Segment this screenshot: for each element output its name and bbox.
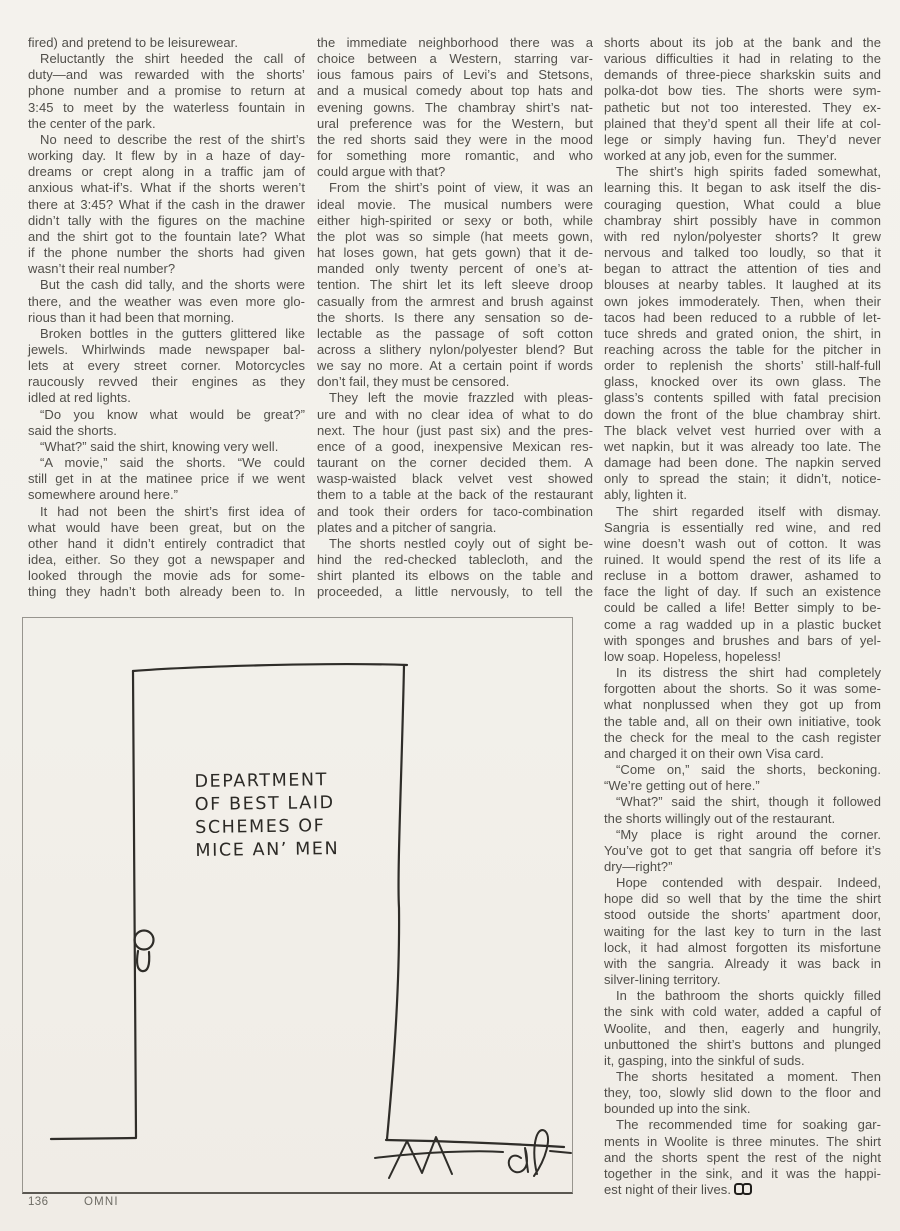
text-line: It had not been the shirt’s first idea o… (28, 504, 305, 520)
paragraph: The shorts nestled coyly out of sight be… (317, 536, 593, 601)
text-line: ably, lighten it. (604, 487, 881, 503)
text-line: together in the sink, and it was the hap… (604, 1166, 881, 1182)
magazine-name: OMNI (84, 1196, 119, 1208)
text-line: plained that they’d spent all their life… (604, 116, 881, 132)
text-line: low soap. Hopeless, hopeless! (604, 649, 881, 665)
text-line: blouses at nearby tables. It laughed at … (604, 277, 881, 293)
text-line: the red shorts said they were in the moo… (317, 132, 593, 148)
text-line: what would have been great, but on the (28, 520, 305, 536)
text-line: it, gasping, into the sinkful of suds. (604, 1053, 881, 1069)
text-line: come a rag wadded up in a plastic bucket (604, 617, 881, 633)
doorknob-plate (137, 951, 149, 971)
text-line: You’ve got to get that sangria off befor… (604, 843, 881, 859)
text-line: learning this. It began to ask itself th… (604, 180, 881, 196)
end-of-article-mark (734, 1183, 752, 1199)
text-line: lock, it had almost forgotten its misfor… (604, 940, 881, 956)
text-line: the sink with cold water, added a capful… (604, 1004, 881, 1020)
text-line: taurant on the corner decided them. A (317, 455, 593, 471)
text-line: and the shorts spent the rest of the nig… (604, 1150, 881, 1166)
text-line: other hand it didn’t entirely contradict… (28, 536, 305, 552)
door-left-edge (133, 671, 136, 1137)
text-line: hind the red-checked tablecloth, and the (317, 552, 593, 568)
paragraph: From the shirt’s point of view, it was a… (317, 180, 593, 390)
text-line: next. The hour (just past six) and the p… (317, 423, 593, 439)
text-line: duty—and was rewarded with the shorts’ (28, 67, 305, 83)
text-line: tacos had been reduced to a rubble of le… (604, 310, 881, 326)
page-number: 136 (28, 1196, 48, 1208)
text-line: est night of their lives. (604, 1182, 881, 1199)
text-line: “We’re getting out of here.” (604, 778, 881, 794)
text-line: “A movie,” said the shorts. “We could (28, 455, 305, 471)
text-line: In its distress the shirt had completely (604, 665, 881, 681)
text-line: bounded up into the sink. (604, 1101, 881, 1117)
text-line: with sponges and brushes and bars of yel… (604, 633, 881, 649)
text-line: ure and with no clear idea of what to do (317, 407, 593, 423)
floor-line-left (51, 1138, 136, 1139)
text-line: “Do you know what would be great?” (28, 407, 305, 423)
text-line: hope did so well that by the time the sh… (604, 891, 881, 907)
text-line: nervous and talked too loudly, so that i… (604, 245, 881, 261)
text-line: casually from the armrest and brush agai… (317, 294, 593, 310)
text-line: jewels. Whirlwinds made newspaper bal- (28, 342, 305, 358)
door-cartoon-drawing (23, 618, 574, 1195)
text-line: wasp-waisted black velvet vest showed (317, 471, 593, 487)
paragraph: It had not been the shirt’s first idea o… (28, 504, 305, 601)
paragraph: The shirt regarded itself with dismay.Sa… (604, 504, 881, 666)
text-line: the shorts. Is there any sensation so de… (317, 310, 593, 326)
text-line: They left the movie frazzled with pleas- (317, 390, 593, 406)
text-line: don’t fail, they must be censored. (317, 374, 593, 390)
text-line: the center of the park. (28, 116, 305, 132)
paragraph: “What?” said the shirt, though it follow… (604, 794, 881, 826)
text-line: across a slithery nylon/polyester blend?… (317, 342, 593, 358)
paragraph: the immediate neighborhood there was ach… (317, 35, 593, 180)
text-line: if the phone number the shorts had given (28, 245, 305, 261)
text-line: there at 3:45? What if the cash in the d… (28, 197, 305, 213)
text-line: waiting for the last key to turn in the … (604, 924, 881, 940)
paragraph: “My place is right around the corner.You… (604, 827, 881, 875)
text-line: But the cash did tally, and the shorts w… (28, 277, 305, 293)
text-line: dreams or crept along in a traffic jam o… (28, 164, 305, 180)
text-line: The recommended time for soaking gar- (604, 1117, 881, 1133)
text-line: evening gowns. The chambray shirt’s nat- (317, 100, 593, 116)
text-line: idea, either. So they got a newspaper an… (28, 552, 305, 568)
floor-line-right (386, 1140, 564, 1147)
paragraph: In its distress the shirt had completely… (604, 665, 881, 762)
text-line: either high-spirited or sexy or both, wh… (317, 213, 593, 229)
text-line: the plot was so simple (hat meets gown, (317, 229, 593, 245)
text-line: phone number and a promise to return at (28, 83, 305, 99)
text-line: order to replenish the shorts’ still-hal… (604, 358, 881, 374)
text-line: worked at any job, even for the summer. (604, 148, 881, 164)
text-line: could be called a life! Better simply to… (604, 600, 881, 616)
text-line: thing they hadn’t both already been to. … (28, 584, 305, 600)
text-line: reaching across the table for the pitche… (604, 342, 881, 358)
paragraph: “Do you know what would be great?”said t… (28, 407, 305, 439)
text-line: ideal movie. The musical numbers were (317, 197, 593, 213)
text-line: only to spread the stain; it didn’t, not… (604, 471, 881, 487)
text-line: still get in at the matinee price if we … (28, 471, 305, 487)
text-line: for something more romantic, and who (317, 148, 593, 164)
text-line: Woolite, and then, eagerly and hungrily, (604, 1021, 881, 1037)
paragraph: Reluctantly the shirt heeded the call of… (28, 51, 305, 132)
text-line: looked through the movie ads for some- (28, 568, 305, 584)
text-line: shirt planted its elbows on the table an… (317, 568, 593, 584)
text-line: and a musical comedy about top hats and (317, 83, 593, 99)
text-line: own jokes immoderately. Then, when their (604, 294, 881, 310)
text-line: the check for the meal to the cash regis… (604, 730, 881, 746)
text-line: anxious what-if’s. What if the shorts we… (28, 180, 305, 196)
text-line: No need to describe the rest of the shir… (28, 132, 305, 148)
text-line: working day. It flew by in a haze of day… (28, 148, 305, 164)
text-line: glass’s contents spilled with fatal prec… (604, 390, 881, 406)
text-line: there, and the weather was even more glo… (28, 294, 305, 310)
text-line: glass, knocked over its own glass. The (604, 374, 881, 390)
text-line: tuce shreds and grated onion, the shirt,… (604, 326, 881, 342)
text-line: Reluctantly the shirt heeded the call of (28, 51, 305, 67)
text-line: lege or simply having fun. They’d never (604, 132, 881, 148)
text-line: they, too, slowly slid down to the floor… (604, 1085, 881, 1101)
doorknob-icon (135, 931, 154, 950)
text-line: shorts about its job at the bank and the (604, 35, 881, 51)
text-line: and took their orders for taco-combinati… (317, 504, 593, 520)
text-line: what nonplussed when they got up from (604, 697, 881, 713)
text-line: didn’t tally with the figures on the mac… (28, 213, 305, 229)
text-line: “Come on,” said the shorts, beckoning. (604, 762, 881, 778)
paragraph: “A movie,” said the shorts. “We couldsti… (28, 455, 305, 503)
text-line: “What?” said the shirt, though it follow… (604, 794, 881, 810)
text-line: The shorts nestled coyly out of sight be… (317, 536, 593, 552)
text-line: down the front of the blue chambray shir… (604, 407, 881, 423)
text-line: The shirt’s high spirits faded somewhat, (604, 164, 881, 180)
article-column-1: fired) and pretend to be leisurewear.Rel… (28, 35, 305, 600)
paragraph: shorts about its job at the bank and the… (604, 35, 881, 164)
text-line: ence of a good, inexpensive Mexican res- (317, 439, 593, 455)
paragraph: Hope contended with despair. Indeed,hope… (604, 875, 881, 988)
paragraph: “What?” said the shirt, knowing very wel… (28, 439, 305, 455)
door-right-edge (387, 665, 404, 1139)
text-line: dry—right?” (604, 859, 881, 875)
text-line: them to a table at the back of the resta… (317, 487, 593, 503)
text-line: “What?” said the shirt, knowing very wel… (28, 439, 305, 455)
text-line: began to attract the attention of ties a… (604, 261, 881, 277)
text-line: lets at every street corner. Motorcycles (28, 358, 305, 374)
door-sign-line: DEPARTMENT (194, 769, 338, 794)
door-sign-line: OF BEST LAID (195, 792, 339, 817)
door-top-edge (133, 664, 407, 671)
text-line: various difficulties it had in relating … (604, 51, 881, 67)
text-line: lectable as the passage of soft cotton (317, 326, 593, 342)
text-line: forgotten about the shorts. So it was so… (604, 681, 881, 697)
paragraph: No need to describe the rest of the shir… (28, 132, 305, 277)
text-line: damage had been done. The napkin served (604, 455, 881, 471)
text-line: demands of three-piece sharkskin suits a… (604, 67, 881, 83)
text-line: stood outside the shorts’ apartment door… (604, 907, 881, 923)
text-line: wine doesn’t wash out of cotton. It was (604, 536, 881, 552)
text-line: face the light of day. If such an existe… (604, 584, 881, 600)
text-line: with the sangria. Already it was back in (604, 956, 881, 972)
text-line: wasn’t their real number? (28, 261, 305, 277)
paragraph: The recommended time for soaking gar-men… (604, 1117, 881, 1199)
text-line: pathetic but not too interested. They ex… (604, 100, 881, 116)
text-line: and charged it on their own Visa card. (604, 746, 881, 762)
text-line: In the bathroom the shorts quickly fille… (604, 988, 881, 1004)
text-line: ruined. It would spend the rest of its l… (604, 552, 881, 568)
door-sign-line: SCHEMES OF (195, 815, 339, 840)
text-line: The shirt regarded itself with dismay. (604, 504, 881, 520)
paragraph: In the bathroom the shorts quickly fille… (604, 988, 881, 1069)
cartoon-panel: DEPARTMENT OF BEST LAID SCHEMES OF MICE … (22, 617, 573, 1194)
text-line: idled at red lights. (28, 390, 305, 406)
text-line: proceeded, a little nervously, to tell t… (317, 584, 593, 600)
text-line: polka-dot bow ties. The shorts were sym- (604, 83, 881, 99)
text-line: fired) and pretend to be leisurewear. (28, 35, 305, 51)
paragraph: “Come on,” said the shorts, beckoning.“W… (604, 762, 881, 794)
text-line: The black velvet vest hurried over with … (604, 423, 881, 439)
article-column-3: shorts about its job at the bank and the… (604, 35, 881, 1199)
door-sign-text: DEPARTMENT OF BEST LAID SCHEMES OF MICE … (194, 769, 339, 863)
text-line: unbuttoned the shirt’s buttons and plung… (604, 1037, 881, 1053)
text-line: choice between a Western, starring var- (317, 51, 593, 67)
door-sign-line: MICE AN’ MEN (195, 838, 339, 863)
text-line: somewhere around here.” (28, 487, 305, 503)
text-line: ious famous pairs of Levi’s and Stetsons… (317, 67, 593, 83)
text-line: and the shirt got to the fountain late? … (28, 229, 305, 245)
text-line: the table and, all on their own initiati… (604, 714, 881, 730)
text-line: with red nylon/polyester shorts? It grew (604, 229, 881, 245)
text-line: From the shirt’s point of view, it was a… (317, 180, 593, 196)
text-line: Broken bottles in the gutters glittered … (28, 326, 305, 342)
magazine-page: { "footer": { "page_number": "136", "mag… (0, 0, 900, 1231)
text-line: couraging question, What could a blue (604, 197, 881, 213)
paragraph: The shorts hesitated a moment. Thenthey,… (604, 1069, 881, 1117)
paragraph: They left the movie frazzled with pleas-… (317, 390, 593, 535)
page-footer: 136 OMNI (28, 1196, 119, 1208)
text-line: silver-lining territory. (604, 972, 881, 988)
paragraph: But the cash did tally, and the shorts w… (28, 277, 305, 325)
text-line: tention. The shirt let its left sleeve d… (317, 277, 593, 293)
text-line: raucously revved their engines as they (28, 374, 305, 390)
text-line: Sangria is essentially red wine, and red (604, 520, 881, 536)
text-line: ural preference was for the Western, but (317, 116, 593, 132)
article-column-2: the immediate neighborhood there was ach… (317, 35, 593, 600)
text-line: rious than it had been that morning. (28, 310, 305, 326)
text-line: plates and a pitcher of sangria. (317, 520, 593, 536)
paragraph: The shirt’s high spirits faded somewhat,… (604, 164, 881, 503)
text-line: chambray shirt possibly have in common (604, 213, 881, 229)
text-line: the immediate neighborhood there was a (317, 35, 593, 51)
paragraph: Broken bottles in the gutters glittered … (28, 326, 305, 407)
text-line: said the shorts. (28, 423, 305, 439)
artist-signature (375, 1130, 571, 1178)
text-line: manded only twenty percent of one’s at- (317, 261, 593, 277)
text-line: The shorts hesitated a moment. Then (604, 1069, 881, 1085)
text-line: we say no more. At a certain point if wo… (317, 358, 593, 374)
paragraph: fired) and pretend to be leisurewear. (28, 35, 305, 51)
text-line: wet napkin, but it was already too late.… (604, 439, 881, 455)
text-line: recluse in a bottom drawer, ashamed to (604, 568, 881, 584)
text-line: could argue with that? (317, 164, 593, 180)
text-line: the shorts willingly out of the restaura… (604, 811, 881, 827)
text-line: “My place is right around the corner. (604, 827, 881, 843)
text-line: Hope contended with despair. Indeed, (604, 875, 881, 891)
text-line: hat loses gown, hat gets gown) that it d… (317, 245, 593, 261)
text-line: 3:45 to meet by the waterless fountain i… (28, 100, 305, 116)
text-line: ments in Woolite is three minutes. The s… (604, 1134, 881, 1150)
